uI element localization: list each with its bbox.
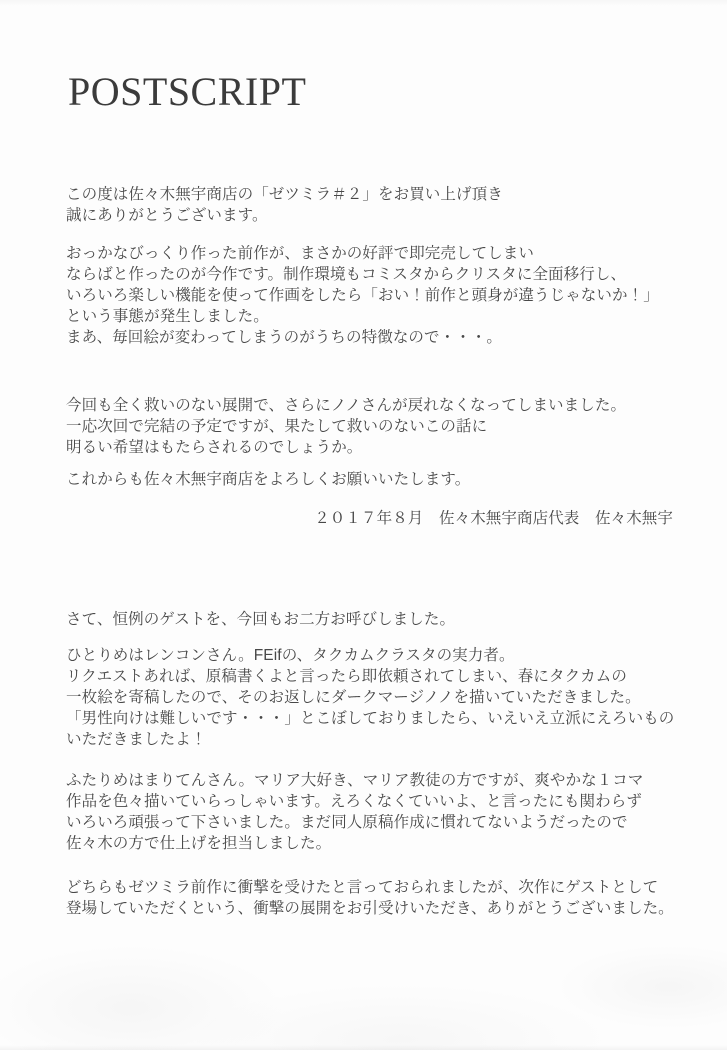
guest1-paragraph: ひとりめはレンコンさん。FEifの、タクカムクラスタの実力者。 リクエストあれば…: [66, 645, 716, 750]
production-notes-paragraph: おっかなびっくり作った前作が、まさかの好評で即完売してしまい ならばと作ったのが…: [66, 243, 716, 348]
guests-intro-line: さて、恒例のゲストを、今回もお二方お呼びしました。: [66, 609, 716, 630]
guest2-paragraph: ふたりめはまりてんさん。マリア大好き、マリア教徒の方ですが、爽やかな１コマ 作品…: [66, 770, 716, 854]
greeting-paragraph: この度は佐々木無宇商店の「ゼツミラ＃２」をお買い上げ頂き 誠にありがとうございま…: [66, 184, 716, 226]
closing-line: これからも佐々木無宇商店をよろしくお願いいたします。: [66, 469, 716, 490]
signature-line: ２０１７年８月 佐々木無宇商店代表 佐々木無宇: [0, 508, 673, 529]
story-notes-paragraph: 今回も全く救いのない展開で、さらにノノさんが戻れなくなってしまいました。 一応次…: [66, 395, 716, 458]
guests-thanks-paragraph: どちらもゼツミラ前作に衝撃を受けたと言っておられましたが、次作にゲストとして 登…: [66, 877, 716, 919]
postscript-page: POSTSCRIPT この度は佐々木無宇商店の「ゼツミラ＃２」をお買い上げ頂き …: [0, 0, 727, 1050]
page-title: POSTSCRIPT: [68, 70, 306, 114]
